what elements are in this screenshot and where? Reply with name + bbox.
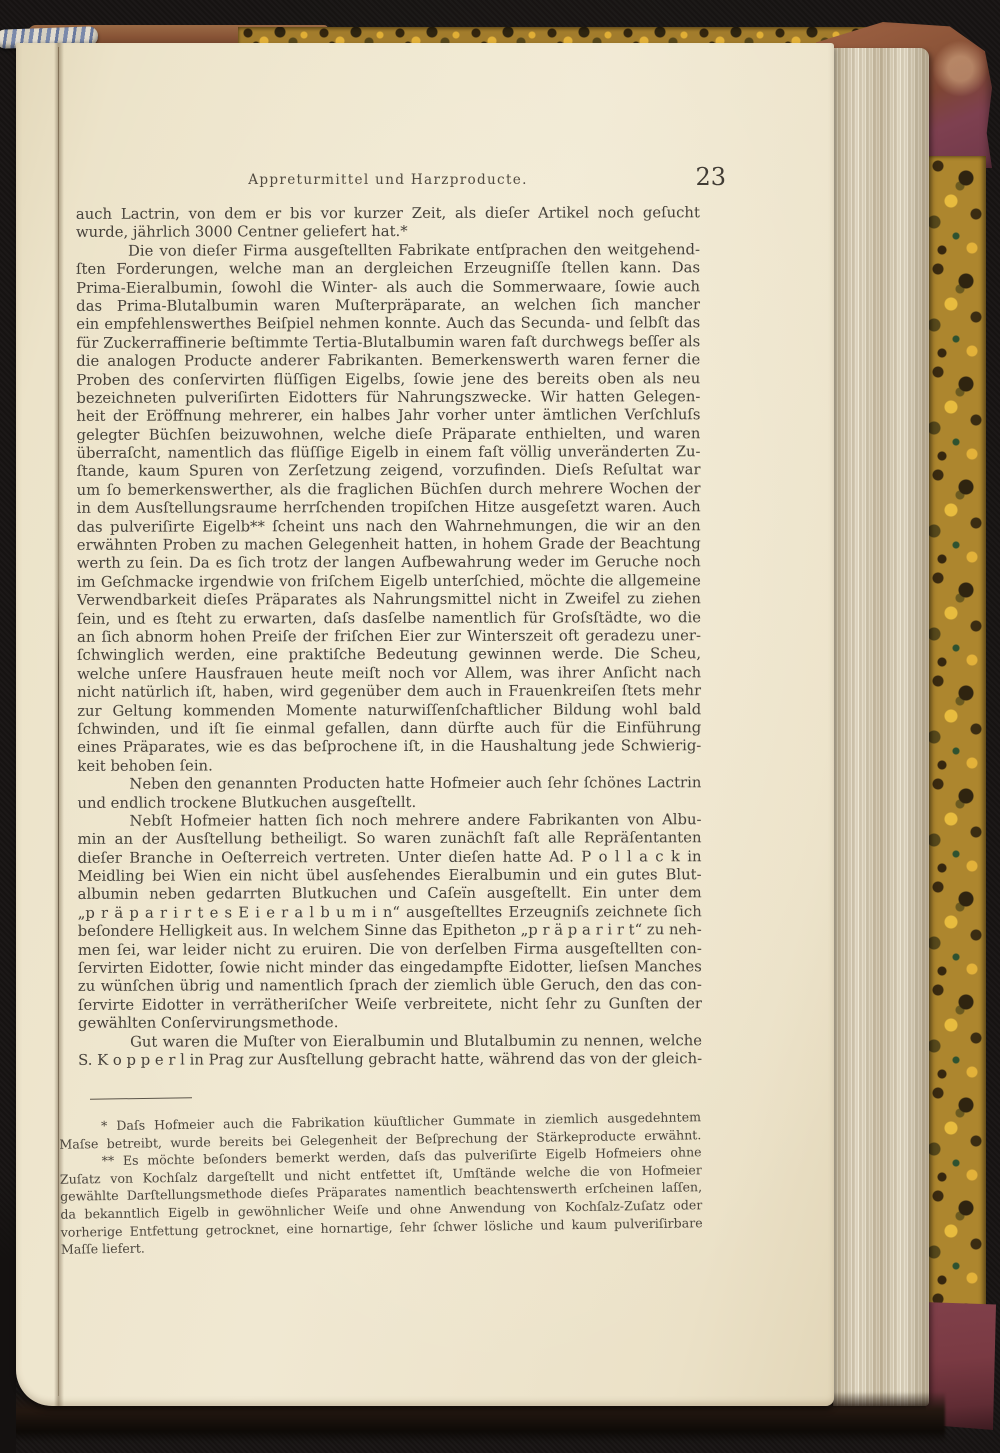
text-line: zu wünſchen übrig und namentlich ſprach …	[78, 977, 702, 997]
text-line: ſein, und es ſteht zu erwarten, daſs das…	[77, 609, 701, 629]
text-line: dieſer Branche in Oeſterreich vertreten.…	[78, 848, 702, 868]
text-line: Verwendbarkeit dieſes Präparates als Nah…	[77, 590, 701, 610]
marbled-board-fore-edge	[926, 156, 986, 1308]
text-line: ſchwinden, und iſt ſie einmal gefallen, …	[77, 719, 701, 739]
body-text: auch Lactrin, von dem er bis vor kurzer …	[76, 204, 702, 1070]
text-line: wurde, jährlich 3000 Centner geliefert h…	[76, 223, 700, 243]
text-line: im Geſchmacke irgendwie von friſchem Eig…	[77, 572, 701, 592]
text-line: min an der Ausſtellung betheiligt. So wa…	[78, 829, 702, 849]
text-line: Meidling bei Wien ein nicht übel ausſehe…	[78, 866, 702, 886]
shadow-bottom-left	[0, 1180, 16, 1453]
text-line: keit behoben ſein.	[77, 756, 701, 776]
text-line: die analogen Producte anderer Fabrikante…	[76, 351, 700, 371]
text-line: beſondere Helligkeit aus. In welchem Sin…	[78, 921, 702, 941]
page-block-fore-edge	[833, 48, 929, 1406]
text-line: Die von dieſer Firma ausgeſtellten Fabri…	[76, 241, 700, 261]
text-line: das pulveriſirte Eigelb** ſcheint uns na…	[77, 517, 701, 537]
text-line: Proben des conſervirten flüſſigen Eigelb…	[76, 370, 700, 390]
text-line: zur Geltung kommenden Momente naturwiſſe…	[77, 701, 701, 721]
text-line: heit der Eröffnung mehrerer, ein halbes …	[76, 406, 700, 426]
gutter-crease	[58, 47, 59, 1396]
text-line: eines Präparates, wie es das beſprochene…	[77, 738, 701, 758]
text-line: Gut waren die Muſter von Eieralbumin und…	[78, 1032, 702, 1052]
text-line: ſchwinglich werden, eine praktiſche Bede…	[77, 646, 701, 666]
text-line: ſten Forderungen, welche man an dergleic…	[76, 259, 700, 279]
text-line: albumin neben gedarrten Blutkuchen und C…	[78, 885, 702, 905]
text-line: an ſich abnorm hohen Preiſe der friſchen…	[77, 627, 701, 647]
text-line: ſervirte Eidotter in verrätheriſcher Wei…	[78, 995, 702, 1015]
text-line: gelegter Büchſen beizuwohnen, welche die…	[76, 425, 700, 445]
text-line: ſervirten Eidotter, ſowie nicht minder d…	[78, 958, 702, 978]
text-line: in dem Ausſtellungsraume herrſchenden tr…	[77, 498, 701, 518]
book-page: Appreturmittel und Harzproducte. 23 auch…	[16, 43, 834, 1406]
text-line: nicht natürlich iſt, haben, wird gegenüb…	[77, 682, 701, 702]
text-line: das Prima-Blutalbumin waren Muſterpräpar…	[76, 296, 700, 316]
text-line: bezeichneten pulveriſirten Eidotters für…	[76, 388, 700, 408]
text-line: um ſo bemerkenswerther, als die fraglich…	[77, 480, 701, 500]
text-line: S. K o p p e r l in Prag zur Ausſtellung…	[78, 1050, 702, 1070]
text-line: Nebſt Hofmeier hatten ſich noch mehrere …	[77, 811, 701, 831]
text-line: men ſei, war leider nicht zu eruiren. Di…	[78, 940, 702, 960]
text-line: ein empfehlenswerthes Beiſpiel nehmen ko…	[76, 315, 700, 335]
text-line: auch Lactrin, von dem er bis vor kurzer …	[76, 204, 700, 224]
page-number: 23	[76, 163, 726, 191]
text-line: gewählten Conſervirungsmethode.	[78, 1013, 702, 1033]
text-line: erwähnten Proben zu machen Gelegenheit h…	[77, 535, 701, 555]
footnote-rule	[90, 1097, 192, 1099]
text-line: werth zu ſein. Da es ſich trotz der lang…	[77, 554, 701, 574]
footnotes: * Daſs Hofmeier auch die Fabrikation küu…	[59, 1108, 703, 1258]
text-line: Prima-Eieralbumin, ſowohl die Winter- al…	[76, 278, 700, 298]
text-line: und endlich trockene Blutkuchen ausgeſte…	[77, 793, 701, 813]
text-line: überraſcht, namentlich das flüſſige Eige…	[76, 443, 700, 463]
text-line: ſtande, kaum Spuren von Zerſetzung zeige…	[77, 462, 701, 482]
text-line: für Zuckerraffinerie beſtimmte Tertia-Bl…	[76, 333, 700, 353]
text-line: Neben den genannten Producten hatte Hofm…	[77, 774, 701, 794]
text-line: welche unſere Hausfrauen heute meiſt noc…	[77, 664, 701, 684]
text-line: „p r ä p a r i r t e s E i e r a l b u m…	[78, 903, 702, 923]
